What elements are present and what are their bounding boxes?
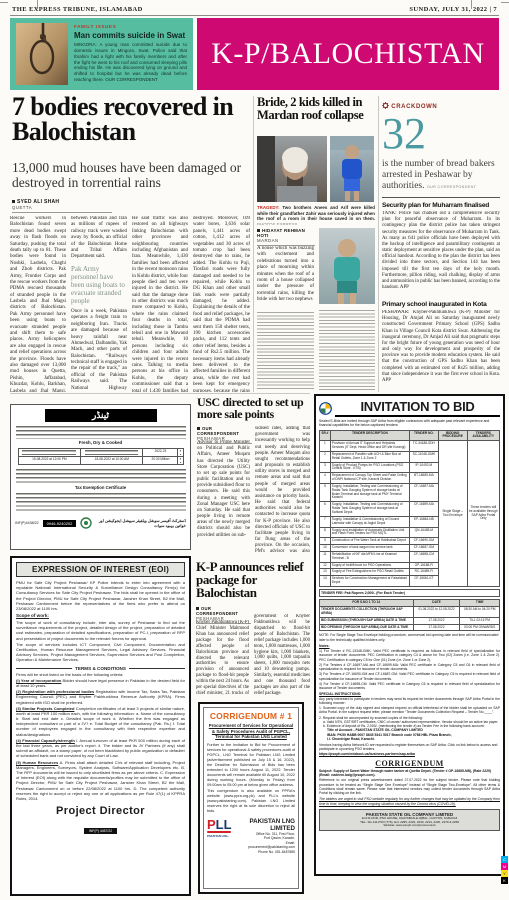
- pso-fee-line: TENDER FEE: Pak Rupees 2,000/- (For Each…: [319, 589, 500, 597]
- pll-paragraph-1: Further to the Invitation to Bid for Pro…: [207, 743, 295, 787]
- schedule-row: BID SUBMISSION (THROUGH SAP ARIBA) DATE …: [320, 617, 500, 624]
- publication-name: THE EXPRESS TRIBUNE, ISLAMABAD: [12, 6, 262, 13]
- pso-footer: PAKISTAN STATE OIL COMPANY LIMITED 2nd F…: [319, 809, 500, 831]
- urdu-ad-english-line: Fresh, Dry & Cooked: [79, 440, 122, 445]
- pll-address-line: Email: procurement@pakistanlng.com: [240, 841, 295, 850]
- usc-byline: OUR CORRESPONDENT: [197, 426, 239, 436]
- pso-si-intro: Any party interested to participate in t…: [319, 697, 500, 706]
- kota-body: PESHAWAR: Khyber-Pakhtunkhwa (K-P) Minis…: [382, 310, 500, 392]
- pso-notes-heading: Notes:: [319, 644, 500, 648]
- sched-header-time: TIME: [460, 600, 500, 607]
- pso-footer-line: Website: www.psoph.com/procurement: [322, 824, 497, 828]
- pso-note-item: 4) For Tender # CF-16698-CM: Valid PEC c…: [319, 682, 500, 691]
- pso-schedule-table: FOR S.NO 1 TO 14 DATE TIME TENDER DOCUME…: [319, 599, 500, 631]
- urdu-tender-ad: ٹینڈر Fresh, Dry & Cooked 2022-23 19-08-…: [10, 404, 191, 550]
- section-title: K-P/BALOCHISTAN: [197, 18, 499, 90]
- pso-ariba-line: Vendors having Ariba Network ID are requ…: [319, 743, 500, 752]
- toddler-photo: [319, 228, 375, 304]
- caption-label: TRAGEDY:: [257, 205, 280, 210]
- family-issues-body: MINGORA: A young man committed suicide d…: [74, 42, 187, 86]
- pso-schedule-rows: TENDER DOCUMENTS COLLECTION (THROUGH SAP…: [320, 607, 500, 631]
- usc-headline: USC directed to set up more sale points: [197, 396, 310, 424]
- bride-byline-block: HIDAYAT REHMAN HOTI MARDAN: [257, 228, 315, 246]
- relief-headline: K-P announces relief package for Balochi…: [196, 560, 308, 602]
- urdu-ad-year: 2022-23: [143, 449, 178, 457]
- urdu-text-lines: [16, 426, 186, 439]
- pso-corrigendum-body: Reference to our original press advertis…: [319, 778, 500, 795]
- noose-photo: [16, 23, 68, 85]
- bride-body: A house which was buzzing with excitemen…: [257, 246, 314, 308]
- lead-headline: 7 bodies recovered in Balochistan: [12, 94, 252, 152]
- eoi-scope-heading: Scope of work:: [16, 613, 185, 619]
- sched-header-label: FOR S.NO 1 TO 14: [320, 600, 414, 607]
- urdu-ad-title-bar: ٹینڈر: [45, 409, 157, 422]
- byline-square-icon: [12, 200, 15, 203]
- page-dateline: SUNDAY, JULY 31, 2022 | 7: [300, 6, 497, 13]
- lead-col-4: destroyed. Moreover, 109 water bores, 3,…: [193, 216, 250, 392]
- newspaper-page: THE EXPRESS TRIBUNE, ISLAMABAD SUNDAY, J…: [0, 0, 509, 900]
- col-header-desc: TENDER DESCRIPTION: [330, 430, 409, 441]
- eoi-paragraph-3: The scope of services includes ICT Compo…: [16, 642, 185, 663]
- department-seal-icon: [80, 517, 92, 529]
- tender-row: 1Provision of Annual IT Support and Help…: [320, 441, 500, 452]
- cmyk-print-bars: C M Y K: [501, 856, 509, 884]
- pso-note: NOTE: For Single Stage Two Envelope bidd…: [319, 633, 500, 642]
- pll-corrigendum-ad: CORRIGENDUM # 1 Procurement of Services …: [198, 702, 304, 894]
- pso-ariba-url: https://psoph.com/en/about-us/business-p…: [319, 752, 500, 756]
- eoi-signature: Project Director: [16, 805, 185, 817]
- pso-tender-table: SR.# TENDER DESCRIPTION TENDER NO. BIDDI…: [319, 430, 500, 587]
- pll-subtitle: Procurement of Services for Operational …: [207, 723, 295, 740]
- pso-footer-lines: 2nd FLOOR, PSO HOUSE, KHAYABAN-E-IQBAL, …: [322, 817, 497, 828]
- kota-headline: Primary school inaugurated in Kota: [382, 301, 500, 308]
- family-issues-kicker: FAMILY ISSUES: [74, 24, 186, 29]
- eoi-paragraph-1: PMU for Safe City Project Peshawar/ KP P…: [16, 580, 185, 611]
- pso-corrigendum-subject: Subject: Supply of Sweet Water through w…: [319, 769, 500, 778]
- bride-headline: Bride, 2 kids killed in Mardan roof coll…: [257, 96, 375, 132]
- muharram-body: TANK: Police has chalked out a comprehen…: [382, 211, 500, 297]
- rail-divider: [382, 197, 500, 198]
- crackdown-number: 32: [382, 112, 500, 156]
- schedule-row: BID OPENING (THROUGH SAP ARIBA) DUE DATE…: [320, 624, 500, 631]
- eoi-title: EXPRESSION OF INTEREST (EOI): [32, 565, 169, 574]
- boy-photo: [330, 136, 374, 202]
- crop-mark: [501, 2, 509, 3]
- eoi-criteria-item: (i) Year of incorporation Bidder should …: [16, 678, 185, 688]
- relief-col-2: government of Khyber Pakhtunkhwa will be…: [254, 614, 310, 696]
- lead-byline-block: SYED ALI SHAH QUETTA: [12, 199, 112, 213]
- family-issues-brief: FAMILY ISSUES Man commits suicide in Swa…: [10, 18, 193, 90]
- relief-col-1: Khyber Pakhtunkhwa (K-P) Chief Minister …: [196, 620, 249, 696]
- section-divider: [10, 393, 310, 394]
- bride-city: MARDAN: [257, 238, 315, 243]
- pso-corrigendum-heading: CORRIGENDUM: [319, 759, 500, 768]
- byline-square-icon: [196, 607, 199, 610]
- pso-disclaimer: The bidders are urged to visit PSO websi…: [319, 797, 500, 806]
- col-header-no: TENDER NO.: [409, 430, 438, 441]
- crackdown-credit: OUR CORRESPONDENT: [427, 185, 476, 189]
- pso-note-item: 3) For Tenders # CF-16690-GM and CF-1668…: [319, 672, 500, 681]
- schedule-row: TENDER DOCUMENTS COLLECTION (THROUGH SAP…: [320, 607, 500, 618]
- section-masthead: K-P/BALOCHISTAN: [197, 18, 499, 90]
- pll-address: Office No. 311, First Floor,Port Qasim, …: [240, 832, 295, 854]
- caption-credit: PHOTOS EXPRESS: [257, 222, 297, 225]
- bride-photo-caption: TRAGEDY: Two brothers Anees and Arif wer…: [257, 205, 375, 225]
- sched-header-date: DATE: [413, 600, 460, 607]
- bride-body-col2: [319, 310, 375, 390]
- usc-col-2: sidised rates, adding that government wa…: [255, 426, 310, 554]
- byline-square-icon: [197, 427, 200, 430]
- pll-title: CORRIGENDUM # 1: [207, 711, 295, 721]
- byline-square-icon: [257, 229, 260, 232]
- magenta-bar: M: [501, 863, 508, 870]
- col-header-sr: SR.#: [320, 430, 331, 441]
- lead-pull-quote: Pak Army personnel have been using boats…: [71, 265, 127, 305]
- eoi-criteria-item: (5) Human Resources A. Firms shall attac…: [16, 760, 185, 802]
- yellow-bar: Y: [501, 870, 508, 877]
- pso-si-1: 1. Scanned copy of the duly signed and s…: [319, 706, 500, 715]
- relief-byline: OUR CORRESPONDENT: [196, 606, 238, 616]
- pso-logo-icon: [319, 402, 332, 415]
- pll-address-line: Phone No. 051-8487885: [240, 850, 295, 854]
- eoi-paragraph-2: The scope of work of consultancy include…: [16, 620, 185, 641]
- column-divider: [378, 96, 379, 392]
- lead-col-2a: between Pakistan and Iran as millions of…: [71, 216, 127, 261]
- urdu-text-lines: [16, 493, 186, 513]
- pso-bid-ad: INVITATION TO BID Sealed E-Bids are invi…: [314, 394, 505, 876]
- lead-col-1: Rescue workers in Balochistan found seve…: [10, 216, 66, 392]
- cyan-bar: C: [501, 856, 508, 863]
- eoi-criteria-item: (3) Similar Projects Completed Completio…: [16, 706, 185, 737]
- injured-man-photo: [257, 136, 327, 202]
- urdu-ad-agency: ڈسٹرکٹ آفیسر سوشل ویلفیئر سپیشل ایجوکیشن…: [96, 518, 186, 528]
- gear-icon: [382, 102, 389, 109]
- pso-note-item: 2) For Tenders # CF-16697-MA and CF-1669…: [319, 663, 500, 672]
- header-rule: [10, 15, 499, 16]
- lead-col-3: He said traffic was also restored on all…: [132, 216, 188, 392]
- eoi-criteria-list: (i) Year of incorporation Bidder should …: [16, 678, 185, 801]
- eoi-criteria-item: (4) Financial Capacity/strength i. Annua…: [16, 738, 185, 759]
- urdu-ad-table: 2022-23 19-08-2022 at 12:00 PM 18-08-202…: [18, 448, 184, 465]
- bride-byline: HIDAYAT REHMAN HOTI: [257, 228, 305, 238]
- pll-paragraph-2: This corrigendum is also available on PP…: [207, 789, 295, 814]
- lead-subhead: 13,000 mud houses have been damaged or d…: [12, 160, 250, 194]
- eoi-terms-intro: Firms will be short listed on the basis …: [16, 672, 185, 677]
- crop-mark: [0, 2, 8, 3]
- crackdown-stat-box: CRACKDOWN 32 is the number of bread bake…: [382, 102, 500, 194]
- pso-ad-title: INVITATION TO BID: [335, 399, 500, 417]
- pll-logo: PLL PAKISTAN LNG..: [207, 818, 237, 838]
- pso-notes: 1) For Tender # RC-13348-GMK: Valid PEC …: [319, 649, 500, 690]
- muharram-headline: Security plan for Muharram finalised: [382, 202, 500, 209]
- pll-logo-caption: PAKISTAN LNG..: [207, 834, 237, 838]
- lead-col-2: between Pakistan and Iran as millions of…: [71, 216, 127, 392]
- urdu-ad-date2: 18-08-2022 at 10:00 AM: [81, 457, 143, 465]
- urdu-ad-english-line-2: Tax Exemption Certificate: [75, 485, 126, 490]
- eoi-terms-heading: TERMS & CONDITIONS: [75, 666, 126, 671]
- pll-company: PAKISTAN LNG LIMITED: [240, 818, 295, 832]
- urdu-text-lines: [16, 469, 186, 485]
- urdu-ad-date1: 19-08-2022 at 12:00 PM: [18, 457, 81, 465]
- bride-body-continued: [257, 312, 314, 390]
- lead-city: QUETTA: [12, 205, 112, 210]
- eoi-criteria-item: (2) Registration with professional bodie…: [16, 689, 185, 705]
- eoi-inf-number: INF(P) 4457/22: [84, 828, 117, 834]
- col-header-proc: BIDDING PROCEDURE: [438, 430, 467, 441]
- family-issues-headline: Man commits suicide in Swat: [74, 31, 188, 40]
- pso-bank-details: Title of Account - PAKISTAN STATE OIL CO…: [327, 728, 500, 741]
- black-bar: K: [501, 877, 508, 884]
- urdu-ad-title: ٹینڈر: [92, 410, 109, 420]
- phone-chip: 0946-9240202: [43, 520, 77, 527]
- col-header-avail: TENDERS AVAILABILITY: [467, 430, 499, 441]
- usc-col-1: Advisor to Prime Minister on Political a…: [197, 440, 250, 554]
- column-divider: [253, 96, 254, 392]
- urdu-ad-inf-number: INF(P)4438/22: [15, 521, 39, 525]
- bank-line: I.I. Chundrigar Road, Karachi.: [327, 737, 500, 741]
- urdu-ad-amount: 20.30 Million: [143, 457, 178, 465]
- pso-note-item: 1) For Tender # RC-13348-GMK: Valid PEC …: [319, 649, 500, 662]
- eoi-title-bar: EXPRESSION OF INTEREST (EOI): [16, 562, 185, 577]
- eoi-ad: EXPRESSION OF INTEREST (EOI) PMU for Saf…: [10, 556, 191, 896]
- pso-intro: Sealed E-Bids are invited through SAP Ar…: [319, 419, 500, 428]
- lead-col-2b: Once in a week, Pakistan operates a frei…: [71, 309, 127, 392]
